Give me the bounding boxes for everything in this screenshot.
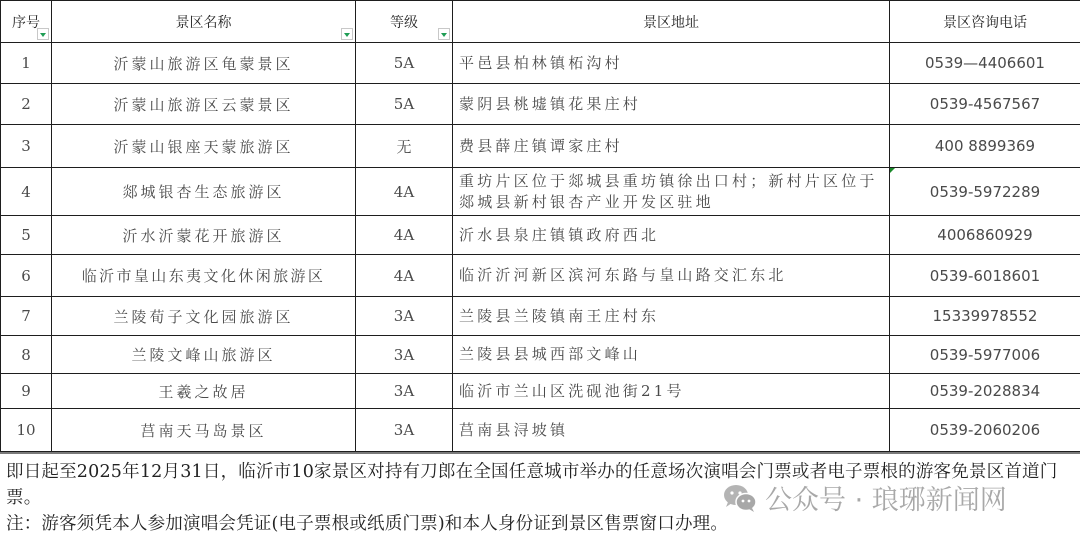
cell-phone[interactable]: 0539-2028834 <box>890 374 1080 409</box>
cell-name[interactable]: 兰陵荀子文化园旅游区 <box>52 297 356 336</box>
cell-level[interactable]: 5A <box>356 43 453 84</box>
cell-name[interactable]: 郯城银杏生态旅游区 <box>52 168 356 216</box>
cell-name[interactable]: 王羲之故居 <box>52 374 356 409</box>
header-label: 景区地址 <box>643 15 699 31</box>
watermark: 公众号 · 琅琊新闻网 <box>723 478 1007 517</box>
header-label: 等级 <box>390 15 418 31</box>
header-level: 等级 <box>356 1 453 43</box>
filter-dropdown-icon[interactable] <box>37 28 49 40</box>
header-label: 景区咨询电话 <box>943 15 1027 31</box>
cell-level[interactable]: 无 <box>356 125 453 168</box>
table-row: 7 兰陵荀子文化园旅游区 3A 兰陵县兰陵镇南王庄村东 15339978552 <box>1 297 1080 336</box>
cell-address[interactable]: 兰陵县县城西部文峰山 <box>453 336 890 374</box>
table-row: 10 莒南天马岛景区 3A 莒南县浔坡镇 0539-2060206 <box>1 409 1080 452</box>
cell-level[interactable]: 3A <box>356 297 453 336</box>
cell-name[interactable]: 沂蒙山旅游区云蒙景区 <box>52 84 356 125</box>
cell-phone[interactable]: 400 8899369 <box>890 125 1080 168</box>
cell-name[interactable]: 莒南天马岛景区 <box>52 409 356 452</box>
cell-no[interactable]: 2 <box>1 84 52 125</box>
header-label: 序号 <box>12 15 40 31</box>
table-row: 3 沂蒙山银座天蒙旅游区 无 费县薛庄镇谭家庄村 400 8899369 <box>1 125 1080 168</box>
cell-phone[interactable]: 0539-2060206 <box>890 409 1080 452</box>
header-no: 序号 <box>1 1 52 43</box>
cell-no[interactable]: 9 <box>1 374 52 409</box>
cell-level[interactable]: 3A <box>356 374 453 409</box>
cell-address[interactable]: 临沂沂河新区滨河东路与皇山路交汇东北 <box>453 255 890 297</box>
cell-phone[interactable]: 15339978552 <box>890 297 1080 336</box>
header-name: 景区名称 <box>52 1 356 43</box>
cell-no[interactable]: 5 <box>1 216 52 255</box>
header-row: 序号 景区名称 等级 景区地址 景区咨询电话 <box>1 1 1080 43</box>
cell-phone[interactable]: 0539-5977006 <box>890 336 1080 374</box>
filter-dropdown-icon[interactable] <box>438 28 450 40</box>
cell-phone[interactable]: 0539-6018601 <box>890 255 1080 297</box>
cell-no[interactable]: 3 <box>1 125 52 168</box>
watermark-text: 公众号 · 琅琊新闻网 <box>765 478 1007 517</box>
cell-address[interactable]: 蒙阴县桃墟镇花果庄村 <box>453 84 890 125</box>
cell-phone[interactable]: 0539-4567567 <box>890 84 1080 125</box>
scenic-spots-table: 序号 景区名称 等级 景区地址 景区咨询电话 <box>0 0 1080 452</box>
filter-dropdown-icon[interactable] <box>341 28 353 40</box>
cell-address[interactable]: 临沂市兰山区洗砚池街21号 <box>453 374 890 409</box>
cell-name[interactable]: 临沂市皇山东夷文化休闲旅游区 <box>52 255 356 297</box>
header-label: 景区名称 <box>176 15 232 31</box>
cell-no[interactable]: 7 <box>1 297 52 336</box>
cell-no[interactable]: 10 <box>1 409 52 452</box>
cell-name[interactable]: 沂蒙山旅游区龟蒙景区 <box>52 43 356 84</box>
comment-indicator-icon[interactable] <box>890 168 895 173</box>
cell-phone[interactable]: 4006860929 <box>890 216 1080 255</box>
cell-level[interactable]: 4A <box>356 255 453 297</box>
cell-address[interactable]: 费县薛庄镇谭家庄村 <box>453 125 890 168</box>
cell-phone[interactable]: 0539-5972289 <box>890 168 1080 216</box>
cell-no[interactable]: 8 <box>1 336 52 374</box>
cell-level[interactable]: 4A <box>356 216 453 255</box>
phone-text: 0539-5972289 <box>930 183 1040 201</box>
table-row: 1 沂蒙山旅游区龟蒙景区 5A 平邑县柏林镇柘沟村 0539—4406601 <box>1 43 1080 84</box>
cell-level[interactable]: 3A <box>356 409 453 452</box>
cell-address[interactable]: 沂水县泉庄镇镇政府西北 <box>453 216 890 255</box>
cell-level[interactable]: 5A <box>356 84 453 125</box>
cell-no[interactable]: 1 <box>1 43 52 84</box>
header-address: 景区地址 <box>453 1 890 43</box>
cell-no[interactable]: 6 <box>1 255 52 297</box>
table-row: 6 临沂市皇山东夷文化休闲旅游区 4A 临沂沂河新区滨河东路与皇山路交汇东北 0… <box>1 255 1080 297</box>
table-row: 5 沂水沂蒙花开旅游区 4A 沂水县泉庄镇镇政府西北 4006860929 <box>1 216 1080 255</box>
cell-name[interactable]: 沂水沂蒙花开旅游区 <box>52 216 356 255</box>
cell-address[interactable]: 平邑县柏林镇柘沟村 <box>453 43 890 84</box>
table-row: 8 兰陵文峰山旅游区 3A 兰陵县县城西部文峰山 0539-5977006 <box>1 336 1080 374</box>
cell-address[interactable]: 莒南县浔坡镇 <box>453 409 890 452</box>
cell-name[interactable]: 兰陵文峰山旅游区 <box>52 336 356 374</box>
cell-level[interactable]: 3A <box>356 336 453 374</box>
cell-phone[interactable]: 0539—4406601 <box>890 43 1080 84</box>
cell-address[interactable]: 兰陵县兰陵镇南王庄村东 <box>453 297 890 336</box>
cell-no[interactable]: 4 <box>1 168 52 216</box>
table-row: 9 王羲之故居 3A 临沂市兰山区洗砚池街21号 0539-2028834 <box>1 374 1080 409</box>
cell-level[interactable]: 4A <box>356 168 453 216</box>
table-row: 4 郯城银杏生态旅游区 4A 重坊片区位于郯城县重坊镇徐出口村；新村片区位于郯城… <box>1 168 1080 216</box>
cell-name[interactable]: 沂蒙山银座天蒙旅游区 <box>52 125 356 168</box>
wechat-icon <box>723 484 757 512</box>
cell-address[interactable]: 重坊片区位于郯城县重坊镇徐出口村；新村片区位于郯城县新村银杏产业开发区驻地 <box>453 168 890 216</box>
spreadsheet: 序号 景区名称 等级 景区地址 景区咨询电话 <box>0 0 1080 452</box>
table-row: 2 沂蒙山旅游区云蒙景区 5A 蒙阴县桃墟镇花果庄村 0539-4567567 <box>1 84 1080 125</box>
header-phone: 景区咨询电话 <box>890 1 1080 43</box>
